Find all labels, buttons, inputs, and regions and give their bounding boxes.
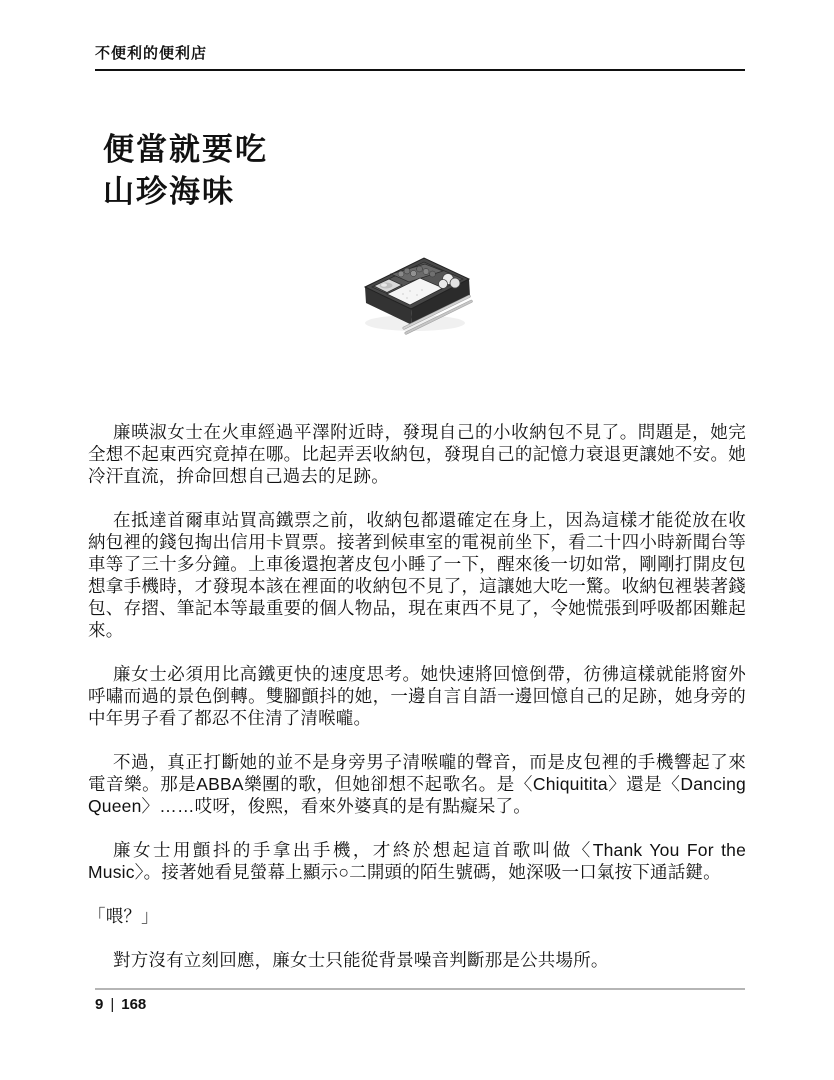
book-title: 不便利的便利店 (95, 45, 207, 62)
body-paragraph: 廉女士用顫抖的手拿出手機，才終於想起這首歌叫做〈Thank You For th… (88, 839, 746, 883)
book-page: 不便利的便利店 便當就要吃 山珍海味 (0, 0, 834, 1080)
chapter-title-line-1: 便當就要吃 (103, 132, 268, 167)
page-number: 9 (95, 996, 103, 1013)
body-paragraph: 在抵達首爾車站買高鐵票之前，收納包都還確定在身上，因為這樣才能從放在收納包裡的錢… (88, 509, 746, 641)
body-paragraph: 對方沒有立刻回應，廉女士只能從背景噪音判斷那是公共場所。 (88, 949, 746, 971)
total-pages: 168 (121, 996, 146, 1013)
dialogue-line: 「喂？」 (88, 905, 746, 927)
body-paragraph: 廉女士必須用比高鐵更快的速度思考。她快速將回憶倒帶，彷彿這樣就能將窗外呼嘯而過的… (88, 663, 746, 729)
page-header: 不便利的便利店 (95, 42, 745, 71)
chapter-title: 便當就要吃 山珍海味 (103, 129, 268, 213)
body-paragraph: 廉暎淑女士在火車經過平澤附近時，發現自己的小收納包不見了。問題是，她完全想不起東… (88, 421, 746, 487)
bento-box-image (355, 248, 479, 340)
page-footer: 9|168 (95, 988, 745, 1013)
chapter-figure (0, 248, 834, 345)
chapter-title-line-2: 山珍海味 (103, 174, 235, 209)
page-number-separator: | (110, 996, 114, 1013)
body-text: 廉暎淑女士在火車經過平澤附近時，發現自己的小收納包不見了。問題是，她完全想不起東… (88, 421, 746, 993)
body-paragraph: 不過，真正打斷她的並不是身旁男子清喉嚨的聲音，而是皮包裡的手機響起了來電音樂。那… (88, 751, 746, 817)
